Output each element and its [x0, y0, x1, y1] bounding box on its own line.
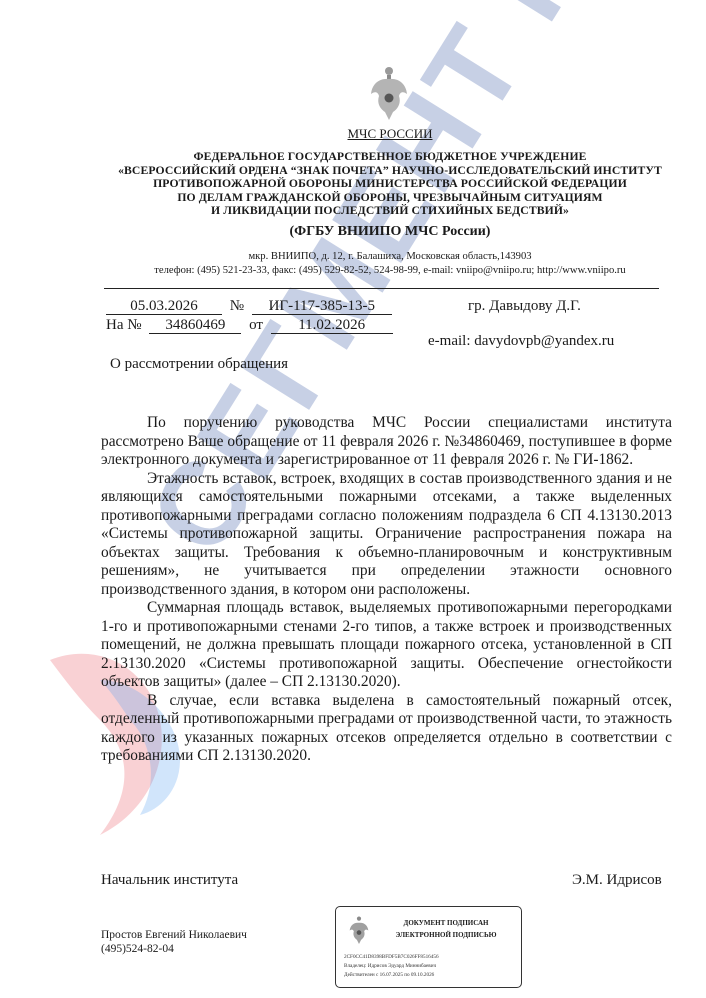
institution-line: «ВСЕРОССИЙСКИЙ ОРДЕНА “ЗНАК ПОЧЕТА” НАУЧ…: [100, 164, 680, 178]
institution-line: ФЕДЕРАЛЬНОЕ ГОСУДАРСТВЕННОЕ БЮДЖЕТНОЕ УЧ…: [100, 150, 680, 164]
outgoing-number: ИГ-117-385-13-5: [252, 298, 392, 315]
mchs-emblem-icon: [369, 64, 409, 122]
stamp-title: ДОКУМЕНТ ПОДПИСАН ЭЛЕКТРОННОЙ ПОДПИСЬЮ: [376, 917, 516, 941]
executor-phone: (495)524-82-04: [101, 942, 247, 956]
certificate-id: 2CF0CC41D8398BFDF5B7C026FF8516456: [344, 953, 439, 962]
reply-date: 11.02.2026: [271, 317, 393, 334]
institution-line: ПРОТИВОПОЖАРНОЙ ОБОРОНЫ МИНИСТЕРСТВА РОС…: [100, 177, 680, 191]
recipient-name: гр. Давыдову Д.Г.: [468, 298, 581, 315]
certificate-owner: Владелец: Идрисов Эдуард Миннибаевич: [344, 962, 439, 971]
from-label: от: [249, 317, 263, 333]
number-label: №: [230, 298, 244, 314]
institution-short-name: (ФГБУ ВНИИПО МЧС России): [100, 224, 680, 240]
institution-line: И ЛИКВИДАЦИИ ПОСЛЕДСТВИЙ СТИХИЙНЫХ БЕДСТ…: [100, 204, 680, 218]
body-paragraph: По поручению руководства МЧС России спец…: [101, 414, 672, 470]
executor-info: Простов Евгений Николаевич (495)524-82-0…: [101, 928, 247, 956]
stamp-title-line: ДОКУМЕНТ ПОДПИСАН: [376, 917, 516, 929]
institution-full-name: ФЕДЕРАЛЬНОЕ ГОСУДАРСТВЕННОЕ БЮДЖЕТНОЕ УЧ…: [100, 150, 680, 218]
incoming-registration: На № 34860469 от 11.02.2026: [106, 317, 393, 334]
letter-subject: О рассмотрении обращения: [110, 356, 288, 373]
ministry-name: МЧС РОССИИ: [100, 126, 680, 142]
stamp-title-line: ЭЛЕКТРОННОЙ ПОДПИСЬЮ: [376, 929, 516, 941]
letterhead-divider: [104, 288, 659, 289]
reply-label: На №: [106, 317, 142, 333]
body-paragraph: Суммарная площадь вставок, выделяемых пр…: [101, 599, 672, 692]
body-paragraph: Этажность вставок, встроек, входящих в с…: [101, 470, 672, 600]
address: мкр. ВНИИПО, д. 12, г. Балашиха, Московс…: [100, 250, 680, 264]
official-letter-page: СЕГМЕНТ ПБ МЧС РОССИИ ФЕДЕРАЛЬНОЕ ГОСУДА…: [0, 0, 706, 998]
body-paragraph: В случае, если вставка выделена в самост…: [101, 692, 672, 766]
recipient-email[interactable]: e-mail: davydovpb@yandex.ru: [428, 333, 614, 350]
letter-body: По поручению руководства МЧС России спец…: [101, 414, 672, 766]
institution-contacts: мкр. ВНИИПО, д. 12, г. Балашиха, Московс…: [100, 250, 680, 278]
stamp-certificate-info: 2CF0CC41D8398BFDF5B7C026FF8516456 Владел…: [344, 953, 439, 980]
outgoing-date: 05.03.2026: [106, 298, 222, 315]
certificate-validity: Действителен с 16.07.2025 по 09.10.2026: [344, 971, 439, 980]
contact-line: телефон: (495) 521-23-33, факс: (495) 52…: [100, 264, 680, 278]
reply-number: 34860469: [149, 317, 241, 334]
institution-line: ПО ДЕЛАМ ГРАЖДАНСКОЙ ОБОРОНЫ, ЧРЕЗВЫЧАЙН…: [100, 191, 680, 205]
signatory-position: Начальник института: [101, 872, 238, 889]
executor-name: Простов Евгений Николаевич: [101, 928, 247, 942]
e-signature-stamp: ДОКУМЕНТ ПОДПИСАН ЭЛЕКТРОННОЙ ПОДПИСЬЮ 2…: [335, 906, 522, 988]
mchs-emblem-icon: [348, 915, 370, 945]
outgoing-registration: 05.03.2026 № ИГ-117-385-13-5: [106, 298, 392, 315]
signatory-name: Э.М. Идрисов: [572, 872, 662, 889]
